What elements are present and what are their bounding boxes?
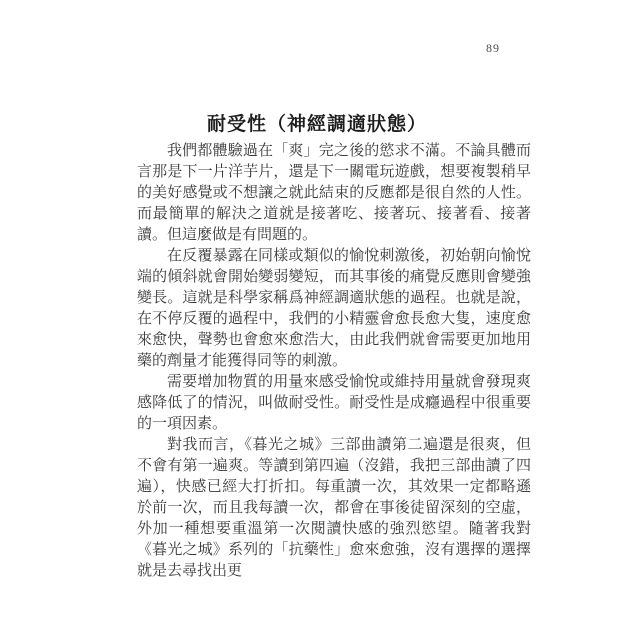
paragraph-3: 需要增加物質的用量來感受愉悅或維持用量就會發現爽感降低了的情況，叫做耐受性。耐受… <box>137 372 531 435</box>
section-title: 耐受性（神經調適狀態） <box>0 109 634 136</box>
book-page: 89 耐受性（神經調適狀態） 我們都體驗過在「爽」完之後的慾求不滿。不論具體而言… <box>0 0 634 634</box>
paragraph-4: 對我而言，《暮光之城》三部曲讀第二遍還是很爽，但不會有第一遍爽。等讀到第四遍（沒… <box>137 435 531 582</box>
paragraph-1: 我們都體驗過在「爽」完之後的慾求不滿。不論具體而言那是下一片洋芋片，還是下一關電… <box>137 141 531 246</box>
paragraph-2: 在反覆暴露在同樣或類似的愉悅刺激後，初始朝向愉悅端的傾斜就會開始變弱變短，而其事… <box>137 246 531 372</box>
body-text: 我們都體驗過在「爽」完之後的慾求不滿。不論具體而言那是下一片洋芋片，還是下一關電… <box>137 141 531 582</box>
page-number: 89 <box>463 41 523 56</box>
